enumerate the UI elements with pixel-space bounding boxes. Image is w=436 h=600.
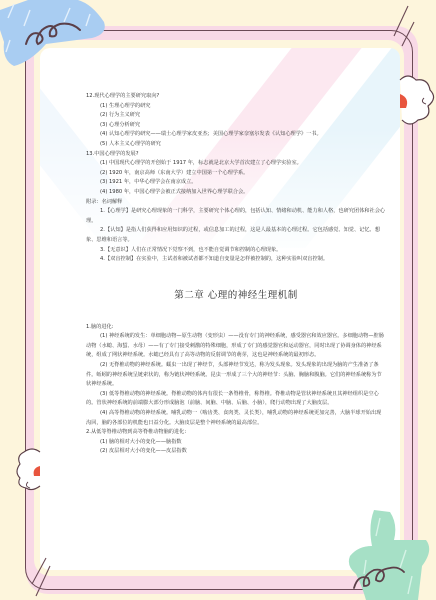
q12-item: (3) 心理分析研究 xyxy=(86,121,386,131)
section1-item: (3) 低等脊椎动物的神经系统。脊椎动物的体内有很长一条脊椎骨，称脊椎。脊椎动物… xyxy=(86,390,386,409)
q12-heading: 12.现代心理学的主要研究取向? xyxy=(86,92,386,102)
section1-item: (1) 神经系统的发生：单细胞动物—原生动物（变形虫）——没有专门的神经系统，感… xyxy=(86,332,386,361)
section1-heading: 1.脑的进化: xyxy=(86,323,386,333)
document-content: 12.现代心理学的主要研究取向? (1) 生理心理学的研究 (2) 行为主义研究… xyxy=(86,92,386,457)
q13-item: (1) 中国现代心理学的开创始于 1917 年，标志就是北京大学首次建立了心理学… xyxy=(86,159,386,169)
glossary-item: 3.【无意识】人们在正常情况下觉察不到，也不能自觉调节和控制的心理现象。 xyxy=(86,246,386,256)
document-page: 12.现代心理学的主要研究取向? (1) 生理心理学的研究 (2) 行为主义研究… xyxy=(40,48,400,570)
blue-star-decoration-icon xyxy=(0,0,110,70)
mint-star-decoration-icon xyxy=(346,510,436,600)
q12-item: (5) 人本主义心理学的研究 xyxy=(86,140,386,150)
q13-item: (4) 1980 年，中国心理学会被正式接纳加入世界心理学联合会。 xyxy=(86,188,386,198)
glossary-item: 2.【认知】是指人们获得和应用知识的过程，或信息加工的过程，这是人最基本的心理过… xyxy=(86,226,386,245)
appendix-heading: 附录：名词解释 xyxy=(86,198,386,208)
section2-item: (1) 脑的相对大小的变化——脑指数 xyxy=(86,438,386,448)
q12-item: (4) 认知心理学的研究——瑞士心理学家皮亚杰；美国心理学家奈塞尔发表《认知心理… xyxy=(86,130,386,140)
cloud-face-left-icon xyxy=(12,446,42,492)
q13-item: (2) 1920 年，南京高师（东南大学）建立中国第一个心理学系。 xyxy=(86,169,386,179)
section1-item: (4) 高等脊椎动物的神经系统。哺乳动物一（啮齿类、食肉类、灵长类），哺乳动物的… xyxy=(86,409,386,428)
tick-marks-decoration-icon xyxy=(390,4,430,50)
q12-item: (2) 行为主义研究 xyxy=(86,111,386,121)
q12-item: (1) 生理心理学的研究 xyxy=(86,102,386,112)
section1-item: (2) 无脊椎动物的神经系统。蠕虫一出现了神经节，头部神经节发达，称为发头现象。… xyxy=(86,361,386,390)
section2-item: (2) 皮层相对大小的变化——皮层指数 xyxy=(86,447,386,457)
chapter-title: 第二章 心理的神经生理机制 xyxy=(86,289,386,303)
glossary-item: 1.【心理学】是研究心理现象的一门科学，主要研究个体心理的，包括认知、情绪和动机… xyxy=(86,207,386,226)
q13-heading: 13.中国心理学的发展? xyxy=(86,150,386,160)
glossary-item: 4.【双盲控制】在实验中，主试者和被试者都不知道自变量是怎样被控制的，这种实验叫… xyxy=(86,255,386,265)
section2-heading: 2.从低等脊椎动物到高等脊椎动物脑的进化: xyxy=(86,428,386,438)
tick-marks-bottom-icon xyxy=(28,556,52,600)
q13-item: (3) 1921 年，中华心理学会在南京成立。 xyxy=(86,178,386,188)
cloud-face-right-icon xyxy=(398,72,436,128)
